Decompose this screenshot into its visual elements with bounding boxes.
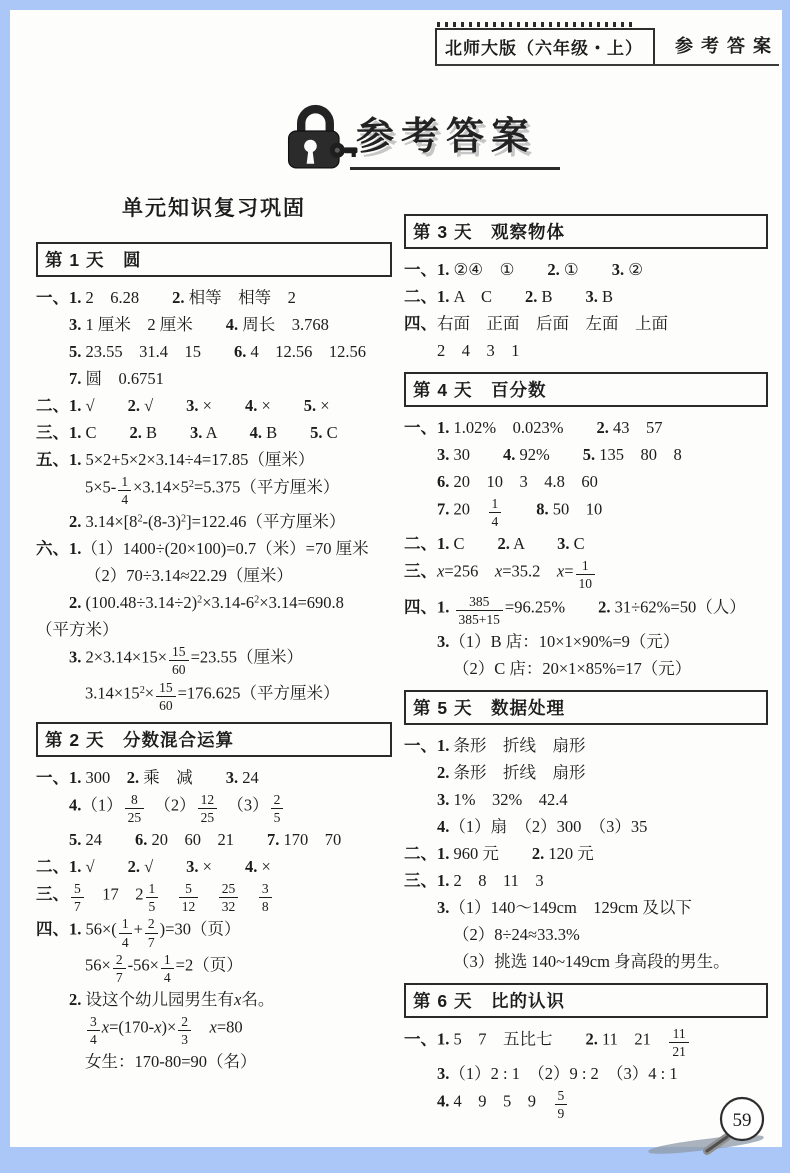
edition-label: 北师大版（六年级・上） <box>435 28 655 64</box>
answer-line: 二、1. A C 2. B 3. B <box>404 283 768 310</box>
answer-line: （2）70÷3.14≈22.29（厘米） <box>36 562 392 589</box>
fraction: 23 <box>178 1014 191 1047</box>
day-header: 第 2 天 分数混合运算 <box>36 722 392 757</box>
fraction: 34 <box>87 1014 100 1047</box>
left-answer-blocks: 第 1 天 圆一、1. 2 6.28 2. 相等 相等 23. 1 厘米 2 厘… <box>36 242 392 1075</box>
answer-line: 2. 条形 折线 扇形 <box>404 759 768 786</box>
answer-line: （2）C 店：20×1×85%=17（元） <box>404 655 768 682</box>
answer-line: 一、1. ②④ ① 2. ① 3. ② <box>404 256 768 283</box>
answer-line: 3.（1）2 : 1 （2）9 : 2 （3）4 : 1 <box>404 1060 768 1087</box>
answer-line: 一、1. 5 7 五比七 2. 11 21 1121 <box>404 1025 768 1060</box>
fraction: 25 <box>271 792 284 825</box>
answer-line: 二、1. C 2. A 3. C <box>404 530 768 557</box>
fraction: 15 <box>146 881 159 914</box>
answer-line: 三、57 17 215 512 2532 38 <box>36 880 392 915</box>
fraction: 59 <box>555 1088 568 1121</box>
answer-line: 四、1. 56×(14+27)=30（页） <box>36 915 392 950</box>
answer-line: 四、右面 正面 后面 左面 上面 <box>404 310 768 337</box>
answer-line: 一、1. 1.02% 0.023% 2. 43 57 <box>404 414 768 441</box>
fraction: 825 <box>125 792 145 825</box>
answer-line: 7. 圆 0.6751 <box>36 365 392 392</box>
fraction: 1121 <box>669 1026 689 1059</box>
fraction: 27 <box>145 916 158 949</box>
answer-line: 二、1. √ 2. √ 3. × 4. × 5. × <box>36 392 392 419</box>
answer-line: 2. 3.14×[82-(8-3)2]=122.46（平方厘米） <box>36 508 392 535</box>
answer-line: 3. 30 4. 92% 5. 135 80 8 <box>404 441 768 468</box>
answer-line: 一、1. 300 2. 乘 减 3. 24 <box>36 764 392 791</box>
answer-line: 三、1. 2 8 11 3 <box>404 867 768 894</box>
page-header: 北师大版（六年级・上） 参考答案 <box>435 22 779 66</box>
fraction: 14 <box>161 952 174 985</box>
answer-line: 三、1. C 2. B 3. A 4. B 5. C <box>36 419 392 446</box>
main-title-block: 参考答案 <box>276 98 560 174</box>
answer-section: 第 3 天 观察物体一、1. ②④ ① 2. ① 3. ②二、1. A C 2.… <box>404 214 768 364</box>
answer-line: （3）挑选 140~149cm 身高段的男生。 <box>404 948 768 975</box>
lock-key-icon <box>276 98 360 174</box>
answer-line: 二、1. √ 2. √ 3. × 4. × <box>36 853 392 880</box>
answer-line: 2 4 3 1 <box>404 337 768 364</box>
answer-line: 34x=(170-x)×23 x=80 <box>36 1013 392 1048</box>
answer-line: 女生：170-80=90（名） <box>36 1048 392 1075</box>
answer-line: 六、1.（1）1400÷(20×100)=0.7（米）=70 厘米 <box>36 535 392 562</box>
answer-line: 3.14×152×1560=176.625（平方厘米） <box>36 679 392 714</box>
day-header: 第 5 天 数据处理 <box>404 690 768 725</box>
fraction: 1560 <box>169 644 189 677</box>
answer-line: 3.（1）B 店：10×1×90%=9（元） <box>404 628 768 655</box>
fraction: 2532 <box>219 881 239 914</box>
fraction: 57 <box>71 881 84 914</box>
answer-line: 5. 24 6. 20 60 21 7. 170 70 <box>36 826 392 853</box>
answer-line: 7. 20 14 8. 50 10 <box>404 495 768 530</box>
fraction: 110 <box>576 558 596 591</box>
corner-answers-label: 参考答案 <box>675 32 779 64</box>
answer-line: 四、1. 385385+15=96.25% 2. 31÷62%=50（人） <box>404 593 768 628</box>
book-page: 北师大版（六年级・上） 参考答案 参考答案 单元知识复习巩固 第 1 天 圆一、… <box>10 10 782 1147</box>
right-answer-blocks: 第 3 天 观察物体一、1. ②④ ① 2. ① 3. ②二、1. A C 2.… <box>404 214 768 1122</box>
answer-line: （2）8÷24≈33.3% <box>404 921 768 948</box>
day-header: 第 1 天 圆 <box>36 242 392 277</box>
answer-line: 5×5-14×3.14×52=5.375（平方厘米） <box>36 473 392 508</box>
answer-line: 2. 设这个幼儿园男生有x名。 <box>36 986 392 1013</box>
fraction: 14 <box>489 496 502 529</box>
day-header: 第 6 天 比的认识 <box>404 983 768 1018</box>
answer-line: 6. 20 10 3 4.8 60 <box>404 468 768 495</box>
dotted-line <box>437 22 633 27</box>
answer-line: 4.（1）825 （2）1225 （3）25 <box>36 791 392 826</box>
fraction: 1225 <box>198 792 218 825</box>
answer-line: 五、1. 5×2+5×2×3.14÷4=17.85（厘米） <box>36 446 392 473</box>
fraction: 1560 <box>156 680 176 713</box>
right-column: 第 3 天 观察物体一、1. ②④ ① 2. ① 3. ②二、1. A C 2.… <box>404 206 768 1126</box>
answer-line: 二、1. 960 元 2. 120 元 <box>404 840 768 867</box>
answer-line: 三、x=256 x=35.2 x=110 <box>404 557 768 592</box>
answer-line: 3. 1% 32% 42.4 <box>404 786 768 813</box>
answer-line: 一、1. 2 6.28 2. 相等 相等 2 <box>36 284 392 311</box>
answer-line: 3. 2×3.14×15×1560=23.55（厘米） <box>36 643 392 678</box>
fraction: 14 <box>119 916 132 949</box>
answer-line: 56×27-56×14=2（页） <box>36 951 392 986</box>
answer-line: 2. (100.48÷3.14÷2)2×3.14-62×3.14=690.8 <box>36 589 392 616</box>
answer-line: （平方米） <box>36 616 392 643</box>
answer-section: 第 4 天 百分数一、1. 1.02% 0.023% 2. 43 573. 30… <box>404 372 768 682</box>
answer-section: 第 5 天 数据处理一、1. 条形 折线 扇形2. 条形 折线 扇形3. 1% … <box>404 690 768 975</box>
page-title: 参考答案 <box>350 103 560 170</box>
answer-line: 3. 1 厘米 2 厘米 4. 周长 3.768 <box>36 311 392 338</box>
page-number: 59 <box>733 1110 752 1131</box>
answer-line: 5. 23.55 31.4 15 6. 4 12.56 12.56 <box>36 338 392 365</box>
fraction: 14 <box>118 474 131 507</box>
day-header: 第 4 天 百分数 <box>404 372 768 407</box>
fraction: 38 <box>259 881 272 914</box>
fraction: 385385+15 <box>456 594 503 627</box>
day-header: 第 3 天 观察物体 <box>404 214 768 249</box>
unit-review-title: 单元知识复习巩固 <box>36 192 392 222</box>
left-column: 单元知识复习巩固 第 1 天 圆一、1. 2 6.28 2. 相等 相等 23.… <box>36 192 392 1079</box>
fraction: 512 <box>179 881 199 914</box>
edition-wrap: 北师大版（六年级・上） <box>435 22 655 64</box>
answer-line: 3.（1）140～149cm 129cm 及以下 <box>404 894 768 921</box>
answer-line: 4.（1）扇 （2）300 （3）35 <box>404 813 768 840</box>
answer-section: 第 1 天 圆一、1. 2 6.28 2. 相等 相等 23. 1 厘米 2 厘… <box>36 242 392 714</box>
page-number-magnifier: 59 <box>700 1094 768 1160</box>
answer-line: 一、1. 条形 折线 扇形 <box>404 732 768 759</box>
answer-section: 第 2 天 分数混合运算一、1. 300 2. 乘 减 3. 244.（1）82… <box>36 722 392 1075</box>
fraction: 27 <box>113 952 126 985</box>
